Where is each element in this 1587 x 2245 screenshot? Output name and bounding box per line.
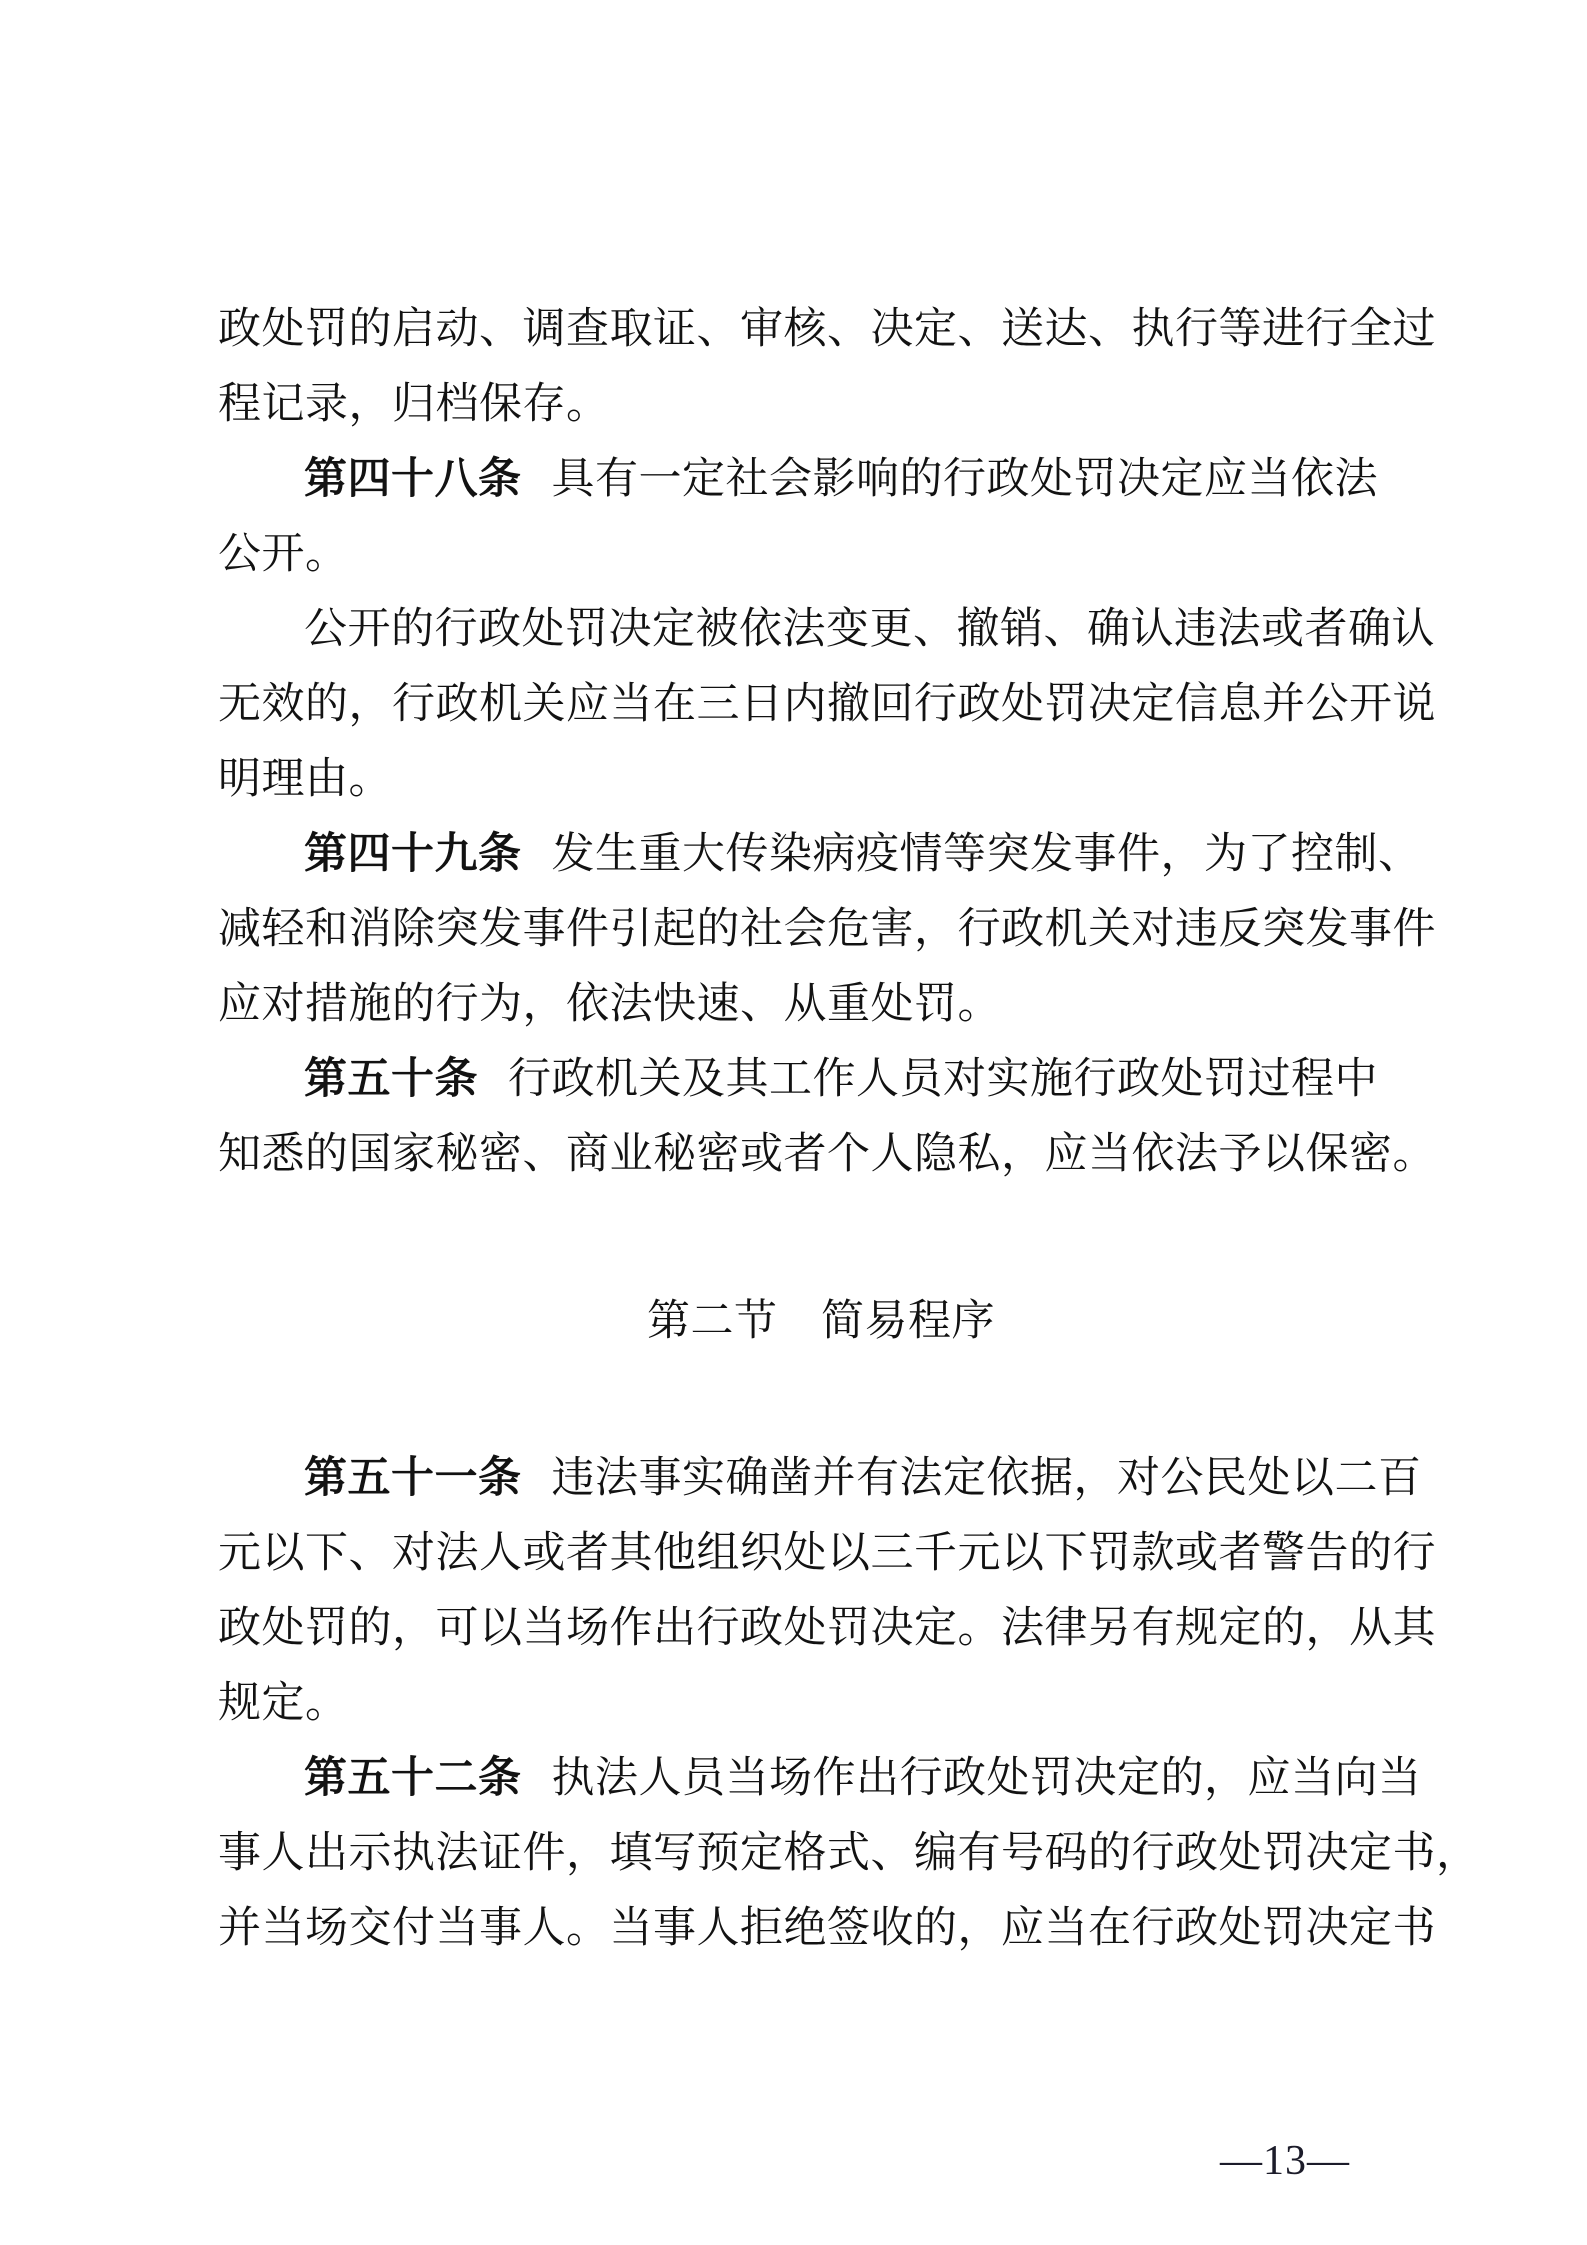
line-text: 并当场交付当事人。当事人拒绝签收的，应当在行政处罚决定书	[218, 1905, 1436, 1952]
line-text: 知悉的国家秘密、商业秘密或者个人隐私，应当依法予以保密。	[218, 1131, 1436, 1178]
text-line: 公开。	[218, 517, 1424, 592]
text-line: 规定。	[218, 1666, 1424, 1741]
text-line: 知悉的国家秘密、商业秘密或者个人隐私，应当依法予以保密。	[218, 1117, 1424, 1192]
line-text: 执法人员当场作出行政处罚决定的，应当向当	[552, 1755, 1422, 1802]
line-text: 程记录，归档保存。	[218, 381, 610, 428]
line-text: 具有一定社会影响的行政处罚决定应当依法	[552, 456, 1379, 503]
article-number: 第四十九条	[304, 830, 522, 878]
text-line-article-48: 第四十八条具有一定社会影响的行政处罚决定应当依法	[218, 442, 1424, 517]
line-text: 发生重大传染病疫情等突发事件，为了控制、	[552, 831, 1422, 878]
text-line-article-50: 第五十条行政机关及其工作人员对实施行政处罚过程中	[218, 1042, 1424, 1117]
line-text: 元以下、对法人或者其他组织处以三千元以下罚款或者警告的行	[218, 1530, 1436, 1577]
text-line: 明理由。	[218, 742, 1424, 817]
text-line: 政处罚的启动、调查取证、审核、决定、送达、执行等进行全过	[218, 292, 1424, 367]
text-line: 事人出示执法证件，填写预定格式、编有号码的行政处罚决定书，	[218, 1816, 1424, 1891]
article-number: 第五十条	[304, 1055, 478, 1103]
line-text: 减轻和消除突发事件引起的社会危害，行政机关对违反突发事件	[218, 906, 1436, 953]
text-line-article-49: 第四十九条发生重大传染病疫情等突发事件，为了控制、	[218, 817, 1424, 892]
line-text: 明理由。	[218, 756, 392, 803]
line-text: 公开。	[218, 531, 349, 578]
text-line-article-52: 第五十二条执法人员当场作出行政处罚决定的，应当向当	[218, 1741, 1424, 1816]
line-text: 公开的行政处罚决定被依法变更、撤销、确认违法或者确认	[304, 606, 1435, 653]
line-text: 违法事实确凿并有法定依据，对公民处以二百	[552, 1455, 1422, 1502]
text-line: 应对措施的行为，依法快速、从重处罚。	[218, 967, 1424, 1042]
article-number: 第四十八条	[304, 455, 522, 503]
section-heading: 第二节 简易程序	[218, 1284, 1424, 1359]
text-line: 元以下、对法人或者其他组织处以三千元以下罚款或者警告的行	[218, 1516, 1424, 1591]
line-text: 无效的，行政机关应当在三日内撤回行政处罚决定信息并公开说	[218, 681, 1436, 728]
text-line: 无效的，行政机关应当在三日内撤回行政处罚决定信息并公开说	[218, 667, 1424, 742]
line-text: 事人出示执法证件，填写预定格式、编有号码的行政处罚决定书，	[218, 1830, 1480, 1877]
line-text: 应对措施的行为，依法快速、从重处罚。	[218, 981, 1001, 1028]
document-body: 政处罚的启动、调查取证、审核、决定、送达、执行等进行全过 程记录，归档保存。 第…	[218, 292, 1424, 1966]
line-text: 规定。	[218, 1680, 349, 1727]
text-line: 并当场交付当事人。当事人拒绝签收的，应当在行政处罚决定书	[218, 1891, 1424, 1966]
line-text: 政处罚的，可以当场作出行政处罚决定。法律另有规定的，从其	[218, 1605, 1436, 1652]
text-line: 减轻和消除突发事件引起的社会危害，行政机关对违反突发事件	[218, 892, 1424, 967]
article-number: 第五十一条	[304, 1454, 522, 1502]
article-number: 第五十二条	[304, 1754, 522, 1802]
document-page: 政处罚的启动、调查取证、审核、决定、送达、执行等进行全过 程记录，归档保存。 第…	[0, 0, 1587, 2245]
line-text: 行政机关及其工作人员对实施行政处罚过程中	[508, 1056, 1378, 1103]
text-line-article-51: 第五十一条违法事实确凿并有法定依据，对公民处以二百	[218, 1441, 1424, 1516]
line-text: 政处罚的启动、调查取证、审核、决定、送达、执行等进行全过	[218, 306, 1436, 353]
text-line: 程记录，归档保存。	[218, 367, 1424, 442]
page-number: —13—	[1220, 2138, 1350, 2184]
text-line: 政处罚的，可以当场作出行政处罚决定。法律另有规定的，从其	[218, 1591, 1424, 1666]
text-line: 公开的行政处罚决定被依法变更、撤销、确认违法或者确认	[218, 592, 1424, 667]
